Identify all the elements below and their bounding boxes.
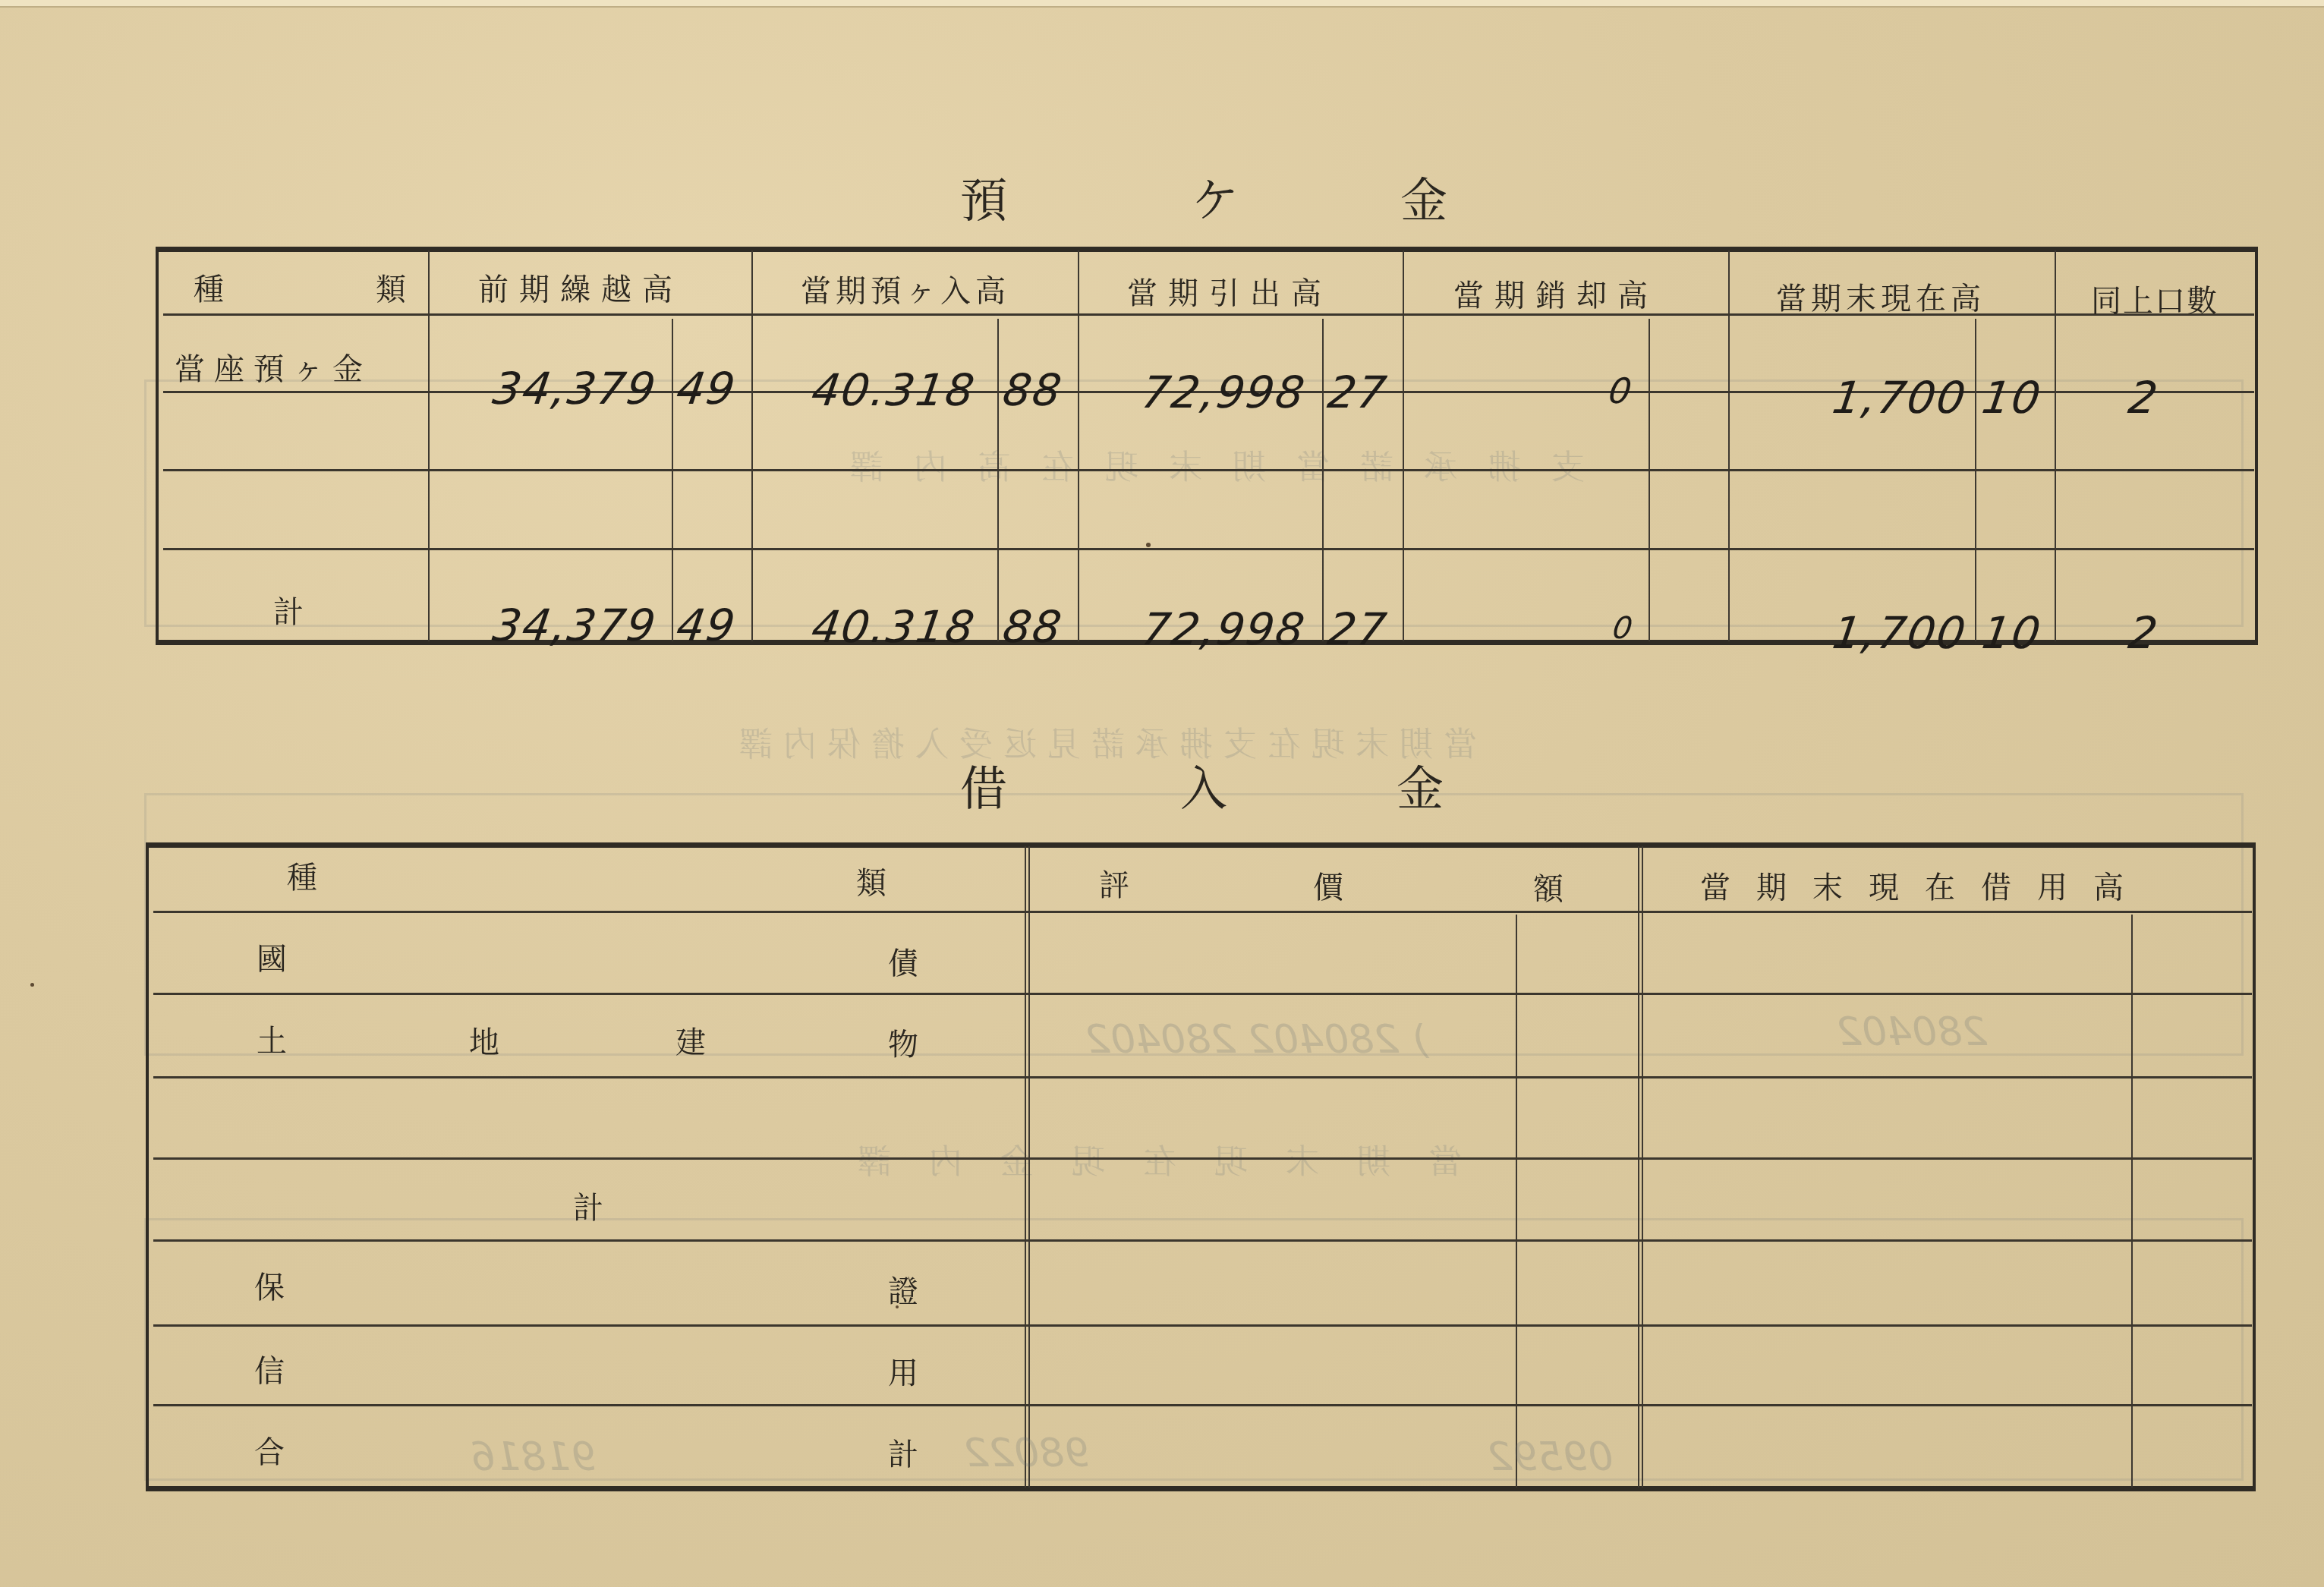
borrowings-title-char: 借 — [960, 751, 1007, 819]
row-divider — [153, 1076, 2252, 1078]
withdrawn-sen: 27 — [1324, 367, 1390, 418]
row-label-char: 合 — [254, 1428, 285, 1472]
col-divider — [1728, 250, 1730, 641]
row-label-char: 計 — [888, 1431, 918, 1474]
borrowings-table — [146, 842, 2256, 1491]
header-period-end-borrowed: 當期末現在借用高 — [1700, 864, 2149, 907]
deposited-yen: 40.318 — [808, 364, 979, 416]
col-divider — [751, 250, 753, 641]
period-end-yen: 1,700 — [1829, 372, 1970, 424]
prev-balance-sen: 49 — [673, 363, 739, 414]
row-label-char: 信 — [254, 1347, 285, 1390]
deposits-title-char: 金 — [1400, 163, 1447, 231]
deposits-title-char: 預 — [960, 163, 1007, 231]
deposits-title-char: ケ — [1192, 163, 1239, 231]
col-divider-double — [1028, 846, 1030, 1488]
deposited-sen: 88 — [1000, 364, 1066, 416]
total-period-end-yen: 1,700 — [1829, 607, 1970, 659]
paper-speck — [1146, 543, 1151, 547]
header-type-right: 類 — [856, 859, 886, 902]
row-label-subtotal: 計 — [573, 1184, 603, 1227]
col-divider — [1078, 250, 1079, 641]
row-divider — [153, 911, 2252, 913]
total-period-end-sen: 10 — [1979, 607, 2045, 659]
sen-divider — [2131, 915, 2133, 1488]
row-label-char: 地 — [469, 1019, 499, 1062]
row-label-char: 土 — [257, 1017, 287, 1060]
total-prev-balance-sen: 49 — [673, 600, 739, 651]
total-deposited-sen: 88 — [1000, 601, 1066, 653]
period-end-sen: 10 — [1979, 372, 2045, 424]
row-label-char: 國 — [257, 935, 287, 978]
total-withdrawn-yen: 72,998 — [1138, 603, 1309, 655]
row-divider — [153, 993, 2252, 995]
bleed-through-handwriting: 09592 — [1488, 1434, 1613, 1480]
header-deposited: 當期預ヶ入高 — [801, 267, 1010, 310]
col-divider — [428, 250, 430, 641]
row-label-total: 計 — [273, 588, 304, 631]
header-type: 種 類 — [194, 266, 421, 309]
header-valuation-char: 評 — [1099, 861, 1129, 905]
header-period-end: 當期末現在高 — [1776, 275, 1985, 318]
header-valuation-char: 價 — [1313, 864, 1343, 907]
prev-balance-yen: 34,379 — [490, 363, 660, 414]
row-label-current-deposit: 當座預ヶ金 — [175, 345, 372, 389]
row-label-char: 物 — [888, 1021, 918, 1064]
header-type-left: 種 — [287, 854, 317, 897]
row-label-char: 債 — [888, 940, 918, 983]
header-valuation-char: 額 — [1533, 865, 1564, 908]
total-withdrawn-sen: 27 — [1324, 603, 1390, 655]
sen-divider — [1649, 319, 1650, 641]
row-divider — [163, 548, 2254, 550]
row-divider — [163, 469, 2254, 471]
paper-speck — [30, 983, 34, 987]
header-withdrawn: 當期引出高 — [1127, 269, 1332, 313]
row-divider — [153, 1157, 2252, 1160]
sen-divider — [997, 319, 999, 641]
total-deposited-yen: 40.318 — [808, 601, 979, 653]
row-divider — [153, 1324, 2252, 1327]
bleed-through-handwriting: ) 280402 280402 — [1085, 1017, 1427, 1063]
row-label-char: 保 — [254, 1264, 285, 1307]
sen-divider — [672, 319, 673, 641]
header-type-label: 種 類 — [194, 272, 421, 307]
row-label-char: 建 — [675, 1019, 706, 1062]
col-divider-double — [1642, 846, 1643, 1488]
row-divider — [153, 1239, 2252, 1242]
total-accounts-count: 2 — [2125, 607, 2162, 659]
col-divider — [1403, 250, 1404, 641]
bleed-through-heading: 當期末現在支拂承諾見返受入擔保内譯 — [729, 717, 1477, 766]
row-label-char: 證 — [888, 1267, 918, 1311]
sen-divider — [1975, 319, 1976, 641]
bleed-through-handwriting: 91816 — [471, 1434, 596, 1480]
total-prev-balance-yen: 34,379 — [490, 600, 660, 651]
sen-divider — [1516, 915, 1517, 1488]
borrowings-title-char: 金 — [1397, 751, 1444, 819]
paper-top-edge — [0, 0, 2324, 8]
withdrawn-yen: 72,998 — [1138, 367, 1309, 418]
header-written-off: 當期銷却高 — [1453, 272, 1658, 315]
col-divider — [1638, 846, 1639, 1488]
sen-divider — [1322, 319, 1324, 641]
header-prev-balance: 前期繰越高 — [478, 266, 683, 309]
paper-speck — [896, 1305, 899, 1308]
row-label-char: 用 — [888, 1349, 918, 1393]
row-divider — [153, 1404, 2252, 1406]
col-divider — [1025, 846, 1026, 1488]
bleed-through-handwriting: 98022 — [964, 1431, 1089, 1476]
header-accounts: 同上口數 — [2091, 277, 2219, 320]
bleed-through-handwriting: 280402 — [1837, 1009, 1988, 1055]
borrowings-title-char: 入 — [1180, 751, 1227, 819]
col-divider — [2055, 250, 2056, 641]
